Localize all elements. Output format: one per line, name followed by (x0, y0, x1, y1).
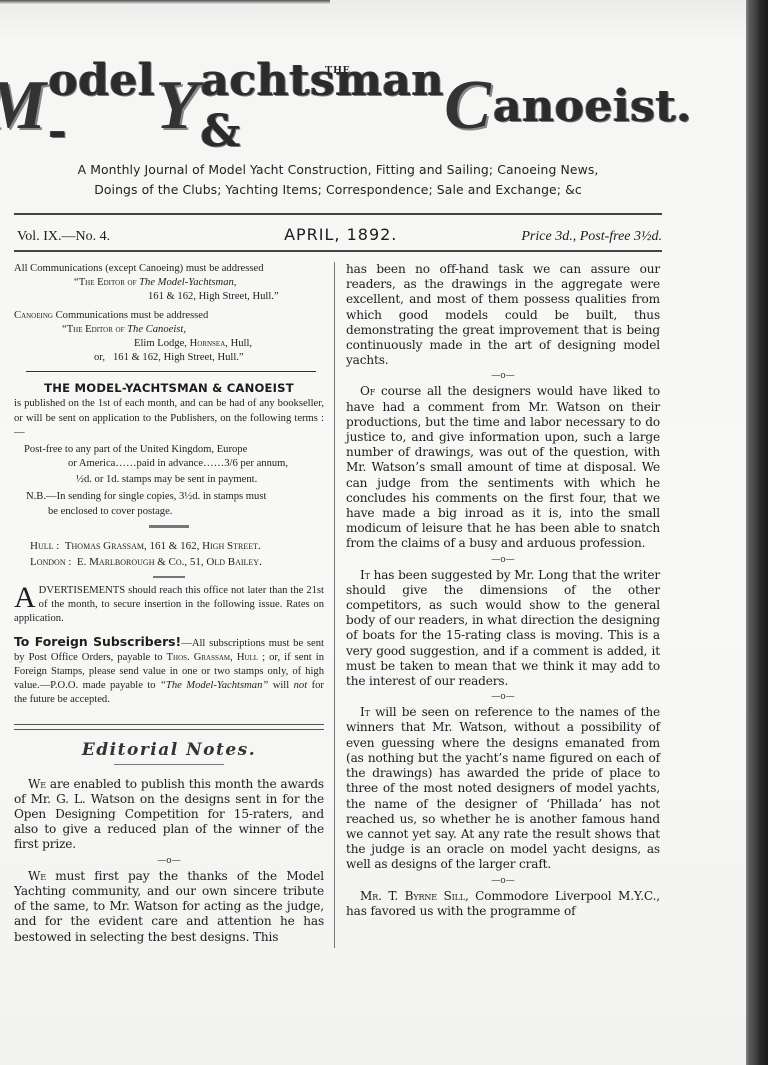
short-rule-2 (153, 576, 185, 578)
foreign-italic2: not (294, 680, 308, 691)
masthead-subtitle-line2: Doings of the Clubs; Yachting Items; Cor… (0, 182, 676, 197)
separator: —o— (14, 855, 324, 867)
editorial-para1: We are enabled to publish this month the… (14, 777, 324, 853)
separator: —o— (346, 370, 660, 382)
comm-hornsea: Hornsea (190, 338, 226, 349)
comm-line1: All Communications (except Canoeing) mus… (14, 262, 324, 276)
para3-lead: Of (360, 384, 375, 398)
publisher-hull: Hull : Thomas Grassam, 161 & 162, High S… (30, 538, 324, 554)
separator: —o— (346, 554, 660, 566)
para5-text: will be seen on reference to the names o… (346, 705, 660, 871)
foreign-thos: Thos. Grassam, Hull (167, 652, 259, 663)
comm-line7: or, 161 & 162, High Street, Hull.” (14, 351, 324, 365)
editorial-underline (114, 764, 224, 765)
nb-line1: N.B.—In sending for single copies, 3½d. … (26, 490, 324, 504)
para4-lead: It (360, 568, 370, 582)
foreign-italic1: “The Model-Yachtsman” (160, 680, 268, 691)
advertisements-dropcap: A (14, 585, 36, 611)
masthead-part: anoeist. (493, 81, 692, 132)
london-text: E. Marlborough & Co., 51, Old Bailey. (77, 556, 262, 568)
masthead-cap-y: Y (155, 66, 198, 146)
editorial-para2: We must first pay the thanks of the Mode… (14, 869, 324, 945)
comm-journal: The Model-Yachtsman, (139, 277, 236, 288)
editorial-para2-cont: has been no off-hand task we can assure … (346, 262, 660, 368)
london-label: London (30, 556, 66, 568)
foreign-subscribers-block: To Foreign Subscribers!—All subscription… (14, 635, 324, 708)
para5-lead: It (360, 705, 370, 719)
comm-line5: “The Editor of The Canoeist, (14, 323, 324, 337)
communications-block: All Communications (except Canoeing) mus… (14, 262, 324, 365)
para1-text: are enabled to publish this month the aw… (14, 777, 324, 852)
masthead-part: odel - (49, 55, 156, 157)
volume-number: Vol. IX.—No. 4. (17, 229, 110, 245)
masthead-part: achtsman & (201, 55, 444, 157)
para3-text: course all the designers would have like… (346, 384, 660, 550)
header-rule-bottom (14, 250, 662, 252)
comm-hull: , Hull, (225, 338, 252, 349)
terms-line1: Post-free to any part of the United King… (24, 443, 324, 457)
comm-editor2: “The Editor of (62, 324, 127, 335)
editorial-heading: Editorial Notes. (14, 740, 324, 760)
editorial-para5: It will be seen on reference to the name… (346, 705, 660, 872)
dateline: Vol. IX.—No. 4. APRIL, 1892. Price 3d., … (17, 225, 662, 245)
para2-text: must first pay the thanks of the Model Y… (14, 869, 324, 944)
para2-lead: We (28, 869, 46, 883)
foreign-text3: will (268, 680, 293, 691)
book-binding-edge (746, 0, 768, 1065)
terms-line3: ½d. or 1d. stamps may be sent in payment… (76, 473, 324, 487)
masthead-title: Model - Yachtsman & Canoeist. (8, 66, 668, 146)
left-column: All Communications (except Canoeing) mus… (14, 262, 324, 945)
publication-heading: THE MODEL-YACHTSMAN & CANOEIST (14, 381, 324, 395)
para4-text: has been suggested by Mr. Long that the … (346, 568, 660, 688)
masthead-cap-m: M (0, 66, 47, 146)
comm-line2: “The Editor of The Model-Yachtsman, (14, 276, 324, 290)
comm-journal2: The Canoeist, (127, 324, 186, 335)
comm-elim: Elim Lodge, (134, 338, 190, 349)
column-divider (334, 262, 335, 948)
editorial-para6: Mr. T. Byrne Sill, Commodore Liverpool M… (346, 889, 660, 919)
hull-label: Hull (30, 540, 54, 552)
publication-text: is published on the 1st of each month, a… (14, 397, 324, 440)
comm-rule (26, 371, 316, 372)
header-rule-top (14, 213, 662, 215)
advertisements-text: DVERTISEMENTS should reach this office n… (14, 585, 324, 624)
comm-line4: Canoeing Communications must be addresse… (14, 309, 324, 323)
issue-price: Price 3d., Post-free 3½d. (521, 229, 662, 245)
page-edge-shadow (0, 0, 330, 4)
para6-lead: Mr. T. Byrne Sill (360, 889, 465, 903)
para1-lead: We (28, 777, 46, 791)
editorial-double-rule (14, 724, 324, 730)
comm-line6: Elim Lodge, Hornsea, Hull, (14, 337, 324, 351)
hull-text: Thomas Grassam, 161 & 162, High Street. (65, 540, 261, 552)
masthead-cap-c: C (444, 66, 491, 146)
comm-editor: “The Editor of (74, 277, 139, 288)
advertisements-block: ADVERTISEMENTS should reach this office … (14, 584, 324, 627)
publisher-london: London : E. Marlborough & Co., 51, Old B… (30, 554, 324, 570)
publication-block: THE MODEL-YACHTSMAN & CANOEIST is publis… (14, 381, 324, 519)
right-column: has been no off-hand task we can assure … (346, 262, 660, 919)
comm-canoeing: Canoeing (14, 310, 53, 321)
separator: —o— (346, 875, 660, 887)
terms-line2: or America……paid in advance……3/6 per ann… (68, 457, 324, 471)
nb-line2: be enclosed to cover postage. (48, 505, 324, 519)
magazine-page: THE Model - Yachtsman & Canoeist. A Mont… (0, 0, 746, 1065)
comm-line3: 161 & 162, High Street, Hull.” (14, 290, 324, 304)
foreign-heading: To Foreign Subscribers! (14, 634, 181, 649)
masthead-subtitle-line1: A Monthly Journal of Model Yacht Constru… (0, 162, 676, 177)
editorial-para3: Of course all the designers would have l… (346, 384, 660, 551)
editorial-para4: It has been suggested by Mr. Long that t… (346, 568, 660, 690)
publishers-block: Hull : Thomas Grassam, 161 & 162, High S… (14, 538, 324, 570)
short-rule (149, 525, 189, 528)
issue-date: APRIL, 1892. (284, 225, 397, 244)
comm-canoeing-rest: Communications must be addressed (53, 310, 208, 321)
separator: —o— (346, 691, 660, 703)
